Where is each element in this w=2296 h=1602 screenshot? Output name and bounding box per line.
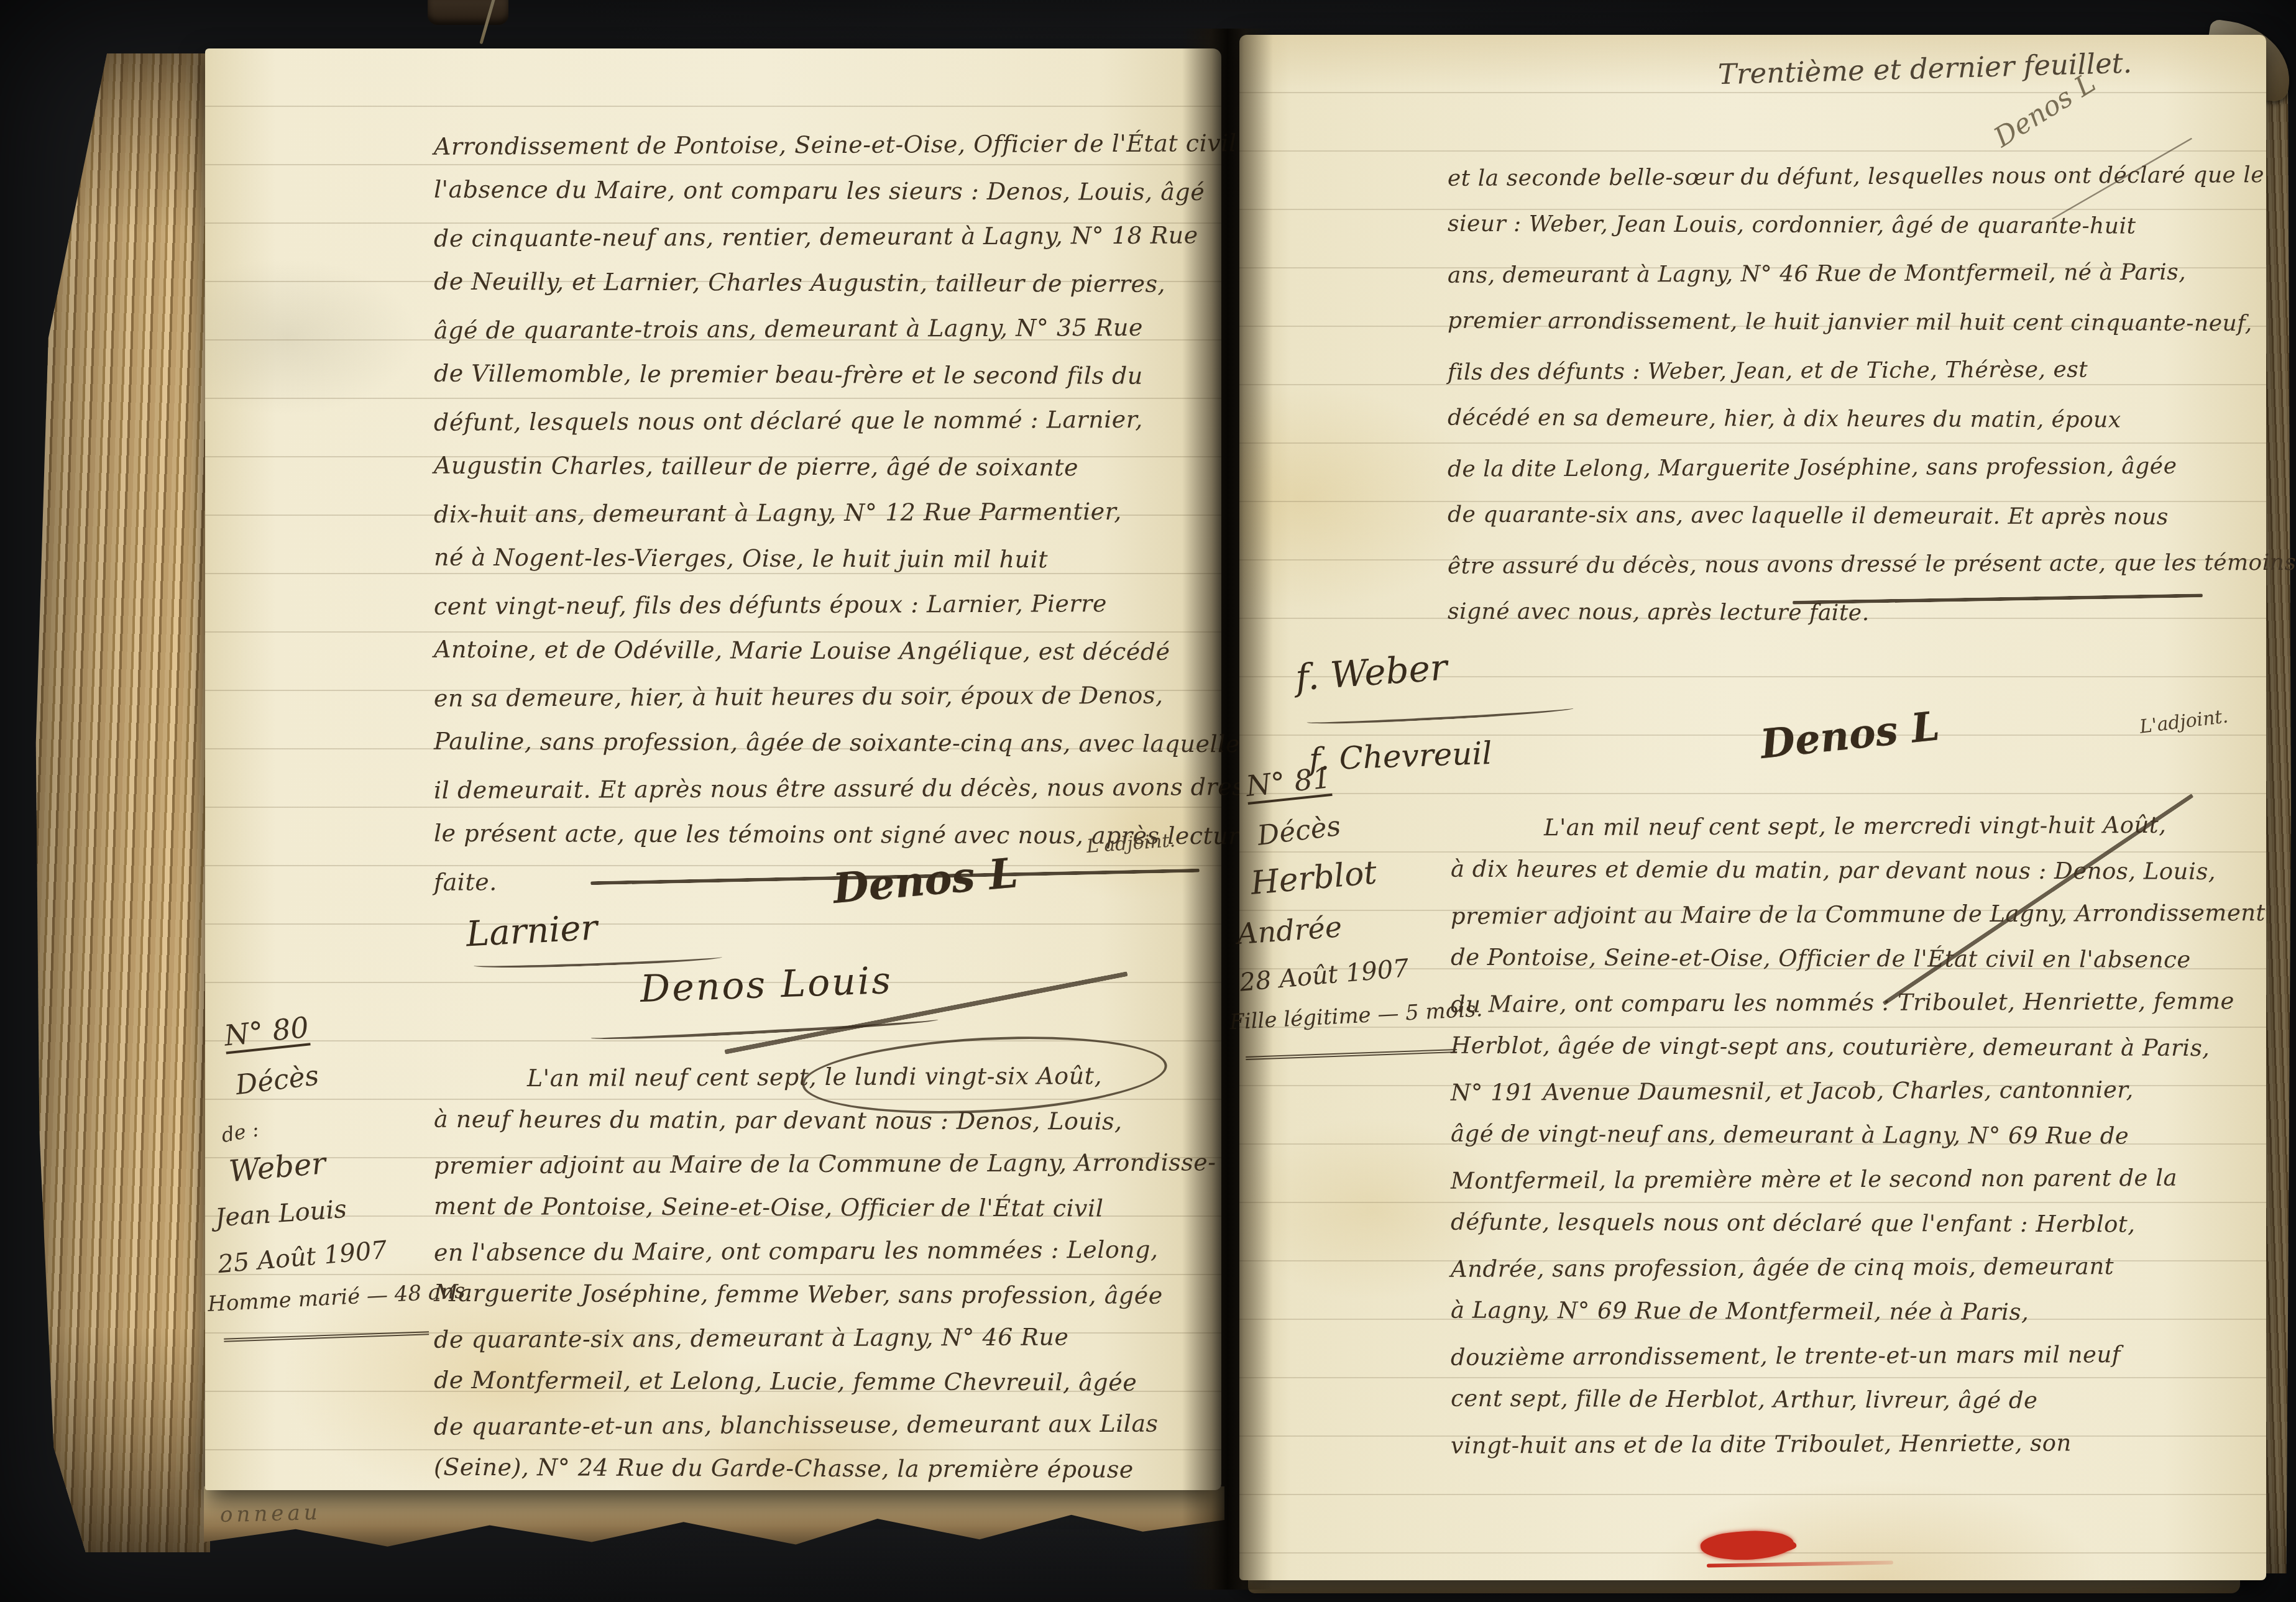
manuscript-line: né à Nogent-les-Vierges, Oise, le huit j…	[434, 534, 1223, 583]
act-date: 25 Août 1907	[217, 1233, 424, 1279]
signature-femme-weber: f. Weber	[1294, 646, 1449, 699]
manuscript-line: à Lagny, N° 69 Rue de Montfermeil, née à…	[1451, 1288, 2260, 1335]
act-80-text-block-end: et la seconde belle-sœur du défunt, lesq…	[1448, 153, 2257, 638]
manuscript-line: premier adjoint au Maire de la Commune d…	[1451, 890, 2260, 938]
act-80-text-block-start: L'an mil neuf cent sept, le lundi vingt-…	[434, 1055, 1223, 1490]
signature-witness-larnier: Larnier	[465, 908, 598, 955]
signature-denos-louis: Denos Louis	[640, 959, 893, 1011]
manuscript-line: et la seconde belle-sœur du défunt, lesq…	[1448, 151, 2257, 203]
manuscript-line: Andrée, sans profession, âgée de cinq mo…	[1451, 1243, 2260, 1291]
manuscript-line: premier arrondissement, le huit janvier …	[1448, 297, 2257, 349]
deceased-surname: Herblot	[1249, 848, 1452, 902]
manuscript-line: Montfermeil, la première mère et le seco…	[1451, 1155, 2260, 1203]
manuscript-line: (Seine), N° 24 Rue du Garde-Chasse, la p…	[434, 1445, 1223, 1491]
manuscript-line: à neuf heures du matin, par devant nous …	[434, 1097, 1223, 1143]
manuscript-line: de Pontoise, Seine-et-Oise, Officier de …	[1451, 935, 2260, 982]
manuscript-line: du Maire, ont comparu les nommés : Tribo…	[1451, 979, 2260, 1027]
manuscript-line: faite.	[434, 856, 1223, 905]
manuscript-line: Augustin Charles, tailleur de pierre, âg…	[434, 442, 1223, 491]
manuscript-line: premier adjoint au Maire de la Commune d…	[434, 1140, 1223, 1188]
manuscript-line: de quarante-six ans, demeurant à Lagny, …	[434, 1314, 1223, 1362]
manuscript-line: être assuré du décès, nous avons dressé …	[1448, 539, 2257, 591]
margin-note-flourish	[224, 1324, 429, 1342]
act-date: 28 Août 1907	[1239, 950, 1452, 997]
manuscript-line: N° 191 Avenue Daumesnil, et Jacob, Charl…	[1451, 1067, 2260, 1115]
manuscript-line: cent vingt-neuf, fils des défunts époux …	[434, 580, 1223, 629]
signature-adjoint-paraph-right: Denos L	[1758, 703, 1942, 768]
tattered-bottom-edge: onneau	[204, 1486, 1224, 1551]
manuscript-line: ment de Pontoise, Seine-et-Oise, Officie…	[434, 1184, 1223, 1230]
manuscript-line: Marguerite Joséphine, femme Weber, sans …	[434, 1271, 1223, 1317]
act-type: Décès	[1256, 797, 1452, 852]
manuscript-line: âgé de vingt-neuf ans, demeurant à Lagny…	[1451, 1112, 2260, 1159]
margin-note-act-80: N° 80 Décès de : Weber Jean Louis 25 Aoû…	[224, 1009, 423, 1339]
deceased-given-name: Andrée	[1236, 902, 1452, 951]
manuscript-line: L'an mil neuf cent sept, le lundi vingt-…	[434, 1053, 1223, 1101]
red-ink-line	[1707, 1560, 1893, 1567]
manuscript-line: fils des défunts : Weber, Jean, et de Ti…	[1448, 345, 2257, 397]
right-page: Trentième et dernier feuillet. Denos L e…	[1239, 35, 2266, 1580]
manuscript-line: de cinquante-neuf ans, rentier, demeuran…	[434, 212, 1223, 262]
manuscript-line: L'an mil neuf cent sept, le mercredi vin…	[1451, 802, 2260, 850]
manuscript-line: de Montfermeil, et Lelong, Lucie, femme …	[434, 1358, 1223, 1404]
margin-note-flourish	[1246, 1041, 1457, 1060]
signature-underline-femme-weber	[1306, 704, 1574, 726]
manuscript-line: de Neuilly, et Larnier, Charles Augustin…	[434, 259, 1223, 307]
left-page: Arrondissement de Pontoise, Seine-et-Ois…	[205, 48, 1221, 1490]
act-79-text-block: Arrondissement de Pontoise, Seine-et-Ois…	[434, 122, 1223, 904]
manuscript-line: de Villemomble, le premier beau-frère et…	[434, 350, 1223, 399]
deceased-given-name: Jean Louis	[214, 1189, 423, 1232]
manuscript-line: défunt, lesquels nous ont déclaré que le…	[434, 396, 1223, 446]
manuscript-line: à dix heures et demie du matin, par deva…	[1451, 847, 2260, 894]
manuscript-line: ans, demeurant à Lagny, N° 46 Rue de Mon…	[1448, 248, 2257, 300]
manuscript-line: de quarante-six ans, avec laquelle il de…	[1448, 491, 2257, 542]
manuscript-line: douzième arrondissement, le trente-et-un…	[1451, 1332, 2260, 1380]
manuscript-line: vingt-huit ans et de la dite Triboulet, …	[1451, 1420, 2260, 1468]
register-book-photo: onneau Arrondissement de Pontoise, Seine…	[0, 0, 2296, 1602]
manuscript-line: âgé de quarante-trois ans, demeurant à L…	[434, 304, 1223, 354]
manuscript-line: Pauline, sans profession, âgée de soixan…	[434, 718, 1223, 767]
manuscript-line: il demeurait. Et après nous être assuré …	[434, 764, 1223, 813]
manuscript-line: en sa demeure, hier, à huit heures du so…	[434, 672, 1223, 721]
ghost-text-fragment: onneau	[220, 1500, 322, 1527]
manuscript-line: dix-huit ans, demeurant à Lagny, N° 12 R…	[434, 488, 1223, 538]
margin-note-act-81: N° 81 Décès Herblot Andrée 28 Août 1907 …	[1246, 759, 1451, 1056]
manuscript-line: en l'absence du Maire, ont comparu les n…	[434, 1227, 1223, 1275]
manuscript-line: Antoine, et de Odéville, Marie Louise An…	[434, 626, 1223, 675]
adjoint-label-right: L'adjoint.	[2138, 705, 2229, 738]
left-page-edges	[32, 53, 210, 1552]
book-spine-tab	[428, 0, 508, 25]
act-81-text-block: L'an mil neuf cent sept, le mercredi vin…	[1451, 804, 2260, 1466]
manuscript-line: de la dite Lelong, Marguerite Joséphine,…	[1448, 442, 2257, 494]
manuscript-line: défunte, lesquels nous ont déclaré que l…	[1451, 1200, 2260, 1247]
manuscript-line: cent sept, fille de Herblot, Arthur, liv…	[1451, 1376, 2260, 1424]
deceased-status: Fille légitime — 5 mois.	[1229, 999, 1451, 1035]
manuscript-line: Arrondissement de Pontoise, Seine-et-Ois…	[434, 120, 1223, 170]
manuscript-line: sieur : Weber, Jean Louis, cordonnier, â…	[1448, 200, 2257, 252]
signature-underline-denos	[590, 1015, 939, 1042]
red-ink-mark	[1700, 1528, 1795, 1563]
manuscript-line: Herblot, âgée de vingt-sept ans, couturi…	[1451, 1023, 2260, 1071]
act-number: N° 80	[223, 998, 424, 1052]
deceased-status: Homme marié — 48 ans.	[207, 1281, 423, 1317]
deceased-surname: Weber	[227, 1138, 424, 1189]
manuscript-line: décédé en sa demeure, hier, à dix heures…	[1448, 394, 2257, 446]
manuscript-line: de quarante-et-un ans, blanchisseuse, de…	[434, 1401, 1223, 1449]
manuscript-line: l'absence du Maire, ont comparu les sieu…	[434, 167, 1223, 215]
